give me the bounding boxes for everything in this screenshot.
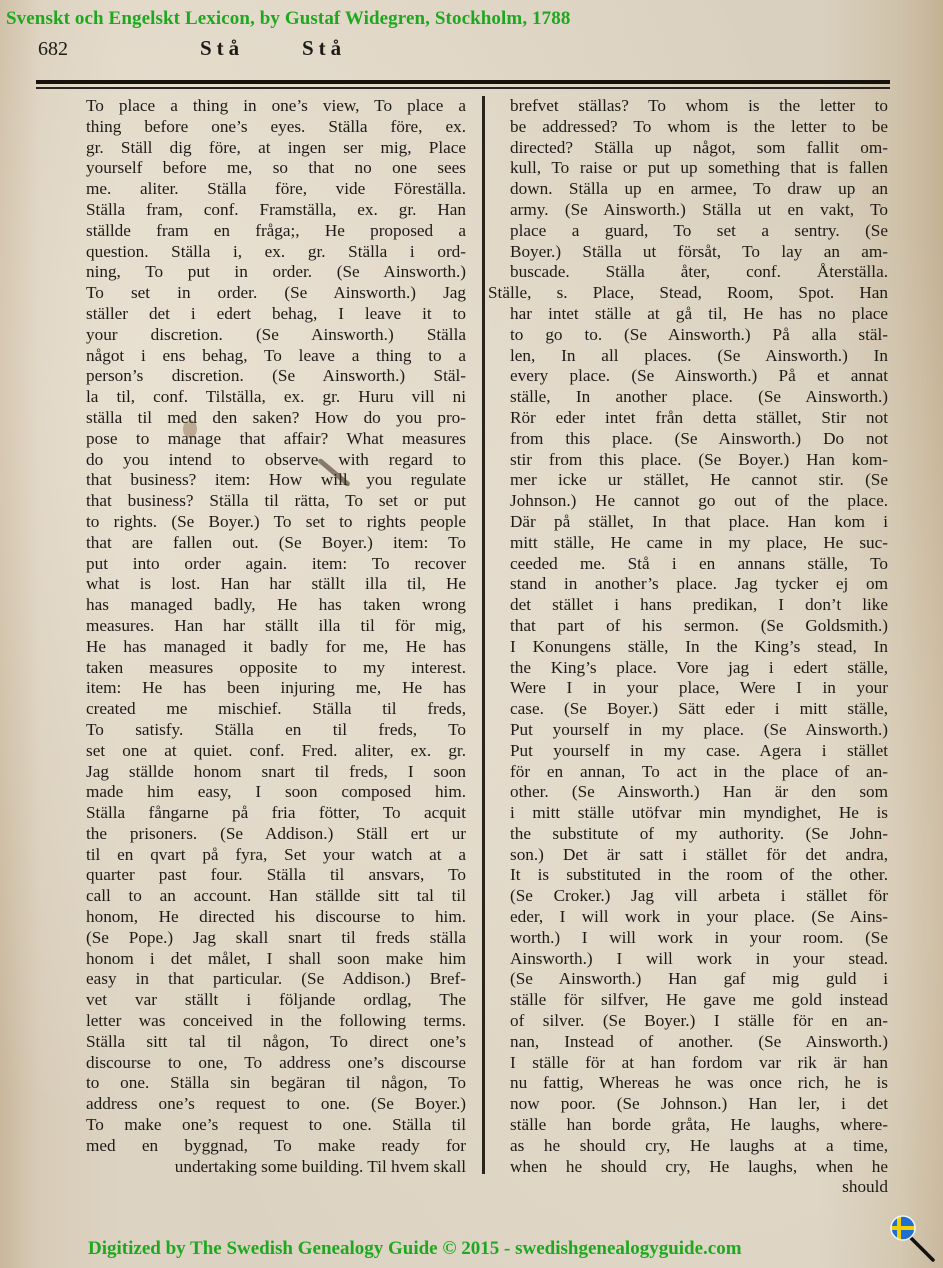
text-line: should (510, 1177, 888, 1198)
running-head: 682 Stå Stå (0, 36, 943, 66)
text-line: stand in another’s place. Jag tycker ej … (510, 574, 888, 595)
text-line: pose to manage that affair? What measure… (86, 429, 466, 450)
text-line: To place a thing in one’s view, To place… (86, 96, 466, 117)
text-line: address one’s request to one. (Se Boyer.… (86, 1094, 466, 1115)
bottom-credit-banner: Digitized by The Swedish Genealogy Guide… (88, 1238, 742, 1260)
text-line: call to an account. Han ställde sitt tal… (86, 886, 466, 907)
guide-word-right: Stå (302, 36, 346, 61)
text-line: case. (Se Boyer.) Sätt eder i mitt ställ… (510, 699, 888, 720)
text-line: Rör eder intet från detta stället, Stir … (510, 408, 888, 429)
text-line: discourse to one, To address one’s disco… (86, 1053, 466, 1074)
text-line: set one at quiet. conf. Fred. aliter, ex… (86, 741, 466, 762)
text-line: to one. Ställa sin begäran til någon, To (86, 1073, 466, 1094)
text-line: stir from this place. (Se Boyer.) Han ko… (510, 450, 888, 471)
text-line: vet var ställt i följande ordlag, The (86, 990, 466, 1011)
text-line: ställe, In another place. (Se Ainsworth.… (510, 387, 888, 408)
text-line: easy in that particular. (Se Addison.) B… (86, 969, 466, 990)
text-line: the King’s place. Vore jag i edert ställ… (510, 658, 888, 679)
text-line: to rights. (Se Boyer.) To set to rights … (86, 512, 466, 533)
text-line: ceeded me. Stå i en annans ställe, To (510, 554, 888, 575)
text-line: taken measures opposite to my interest. (86, 658, 466, 679)
text-line: len, In all places. (Se Ainsworth.) In (510, 346, 888, 367)
text-line: To set in order. (Se Ainsworth.) Jag (86, 283, 466, 304)
text-line: as he should cry, He laughs at a time, (510, 1136, 888, 1157)
header-rule-thin (36, 87, 890, 89)
text-line: has managed badly, He has taken wrong (86, 595, 466, 616)
text-line: nu fattig, Whereas he was once rich, he … (510, 1073, 888, 1094)
text-line: me. aliter. Ställa före, vide Föreställa… (86, 179, 466, 200)
text-line: kull, To raise or put up something that … (510, 158, 888, 179)
text-line: when he should cry, He laughs, when he (510, 1157, 888, 1178)
text-line: down. Ställa up en armee, To draw up an (510, 179, 888, 200)
text-line: your discretion. (Se Ainsworth.) Ställa (86, 325, 466, 346)
text-line: Johnson.) He cannot go out of the place. (510, 491, 888, 512)
text-line: the prisoners. (Se Addison.) Ställ ert u… (86, 824, 466, 845)
text-line: la til, conf. Tilställa, ex. gr. Huru vi… (86, 387, 466, 408)
text-line: to go to. (Se Ainsworth.) På alla stäl- (510, 325, 888, 346)
text-line: i mitt ställe utöfvar min myndighet, He … (510, 803, 888, 824)
text-line: put into order again. item: To recover (86, 554, 466, 575)
page-number: 682 (38, 38, 68, 61)
text-line: ställa til med den saken? How do you pro… (86, 408, 466, 429)
text-line: To make one’s request to one. Ställa til (86, 1115, 466, 1136)
text-line: place a guard, To set a sentry. (Se (510, 221, 888, 242)
text-line: person’s discretion. (Se Ainsworth.) Stä… (86, 366, 466, 387)
ink-stain (183, 420, 197, 438)
text-line: question. Ställa i, ex. gr. Ställa i ord… (86, 242, 466, 263)
text-line: measures. Han har ställt illa til för mi… (86, 616, 466, 637)
text-line: It is substituted in the room of the oth… (510, 865, 888, 886)
text-line: I ställe för at han fordom var rik är ha… (510, 1053, 888, 1074)
text-line: ställde fram en fråga;, He proposed a (86, 221, 466, 242)
text-line: that business? Ställa til rätta, To set … (86, 491, 466, 512)
text-line: Där på stället, In that place. Han kom i (510, 512, 888, 533)
text-line: He has managed it badly for me, He has (86, 637, 466, 658)
text-line: To satisfy. Ställa en til freds, To (86, 720, 466, 741)
text-line: det stället i hans predikan, I don’t lik… (510, 595, 888, 616)
top-credit-banner: Svenskt och Engelskt Lexicon, by Gustaf … (6, 8, 570, 30)
text-line: other. (Se Ainsworth.) Han är den som (510, 782, 888, 803)
column-divider (482, 96, 485, 1174)
text-line: honom i det målet, I shall soon make him (86, 949, 466, 970)
text-line: til en qvart på fyra, Set your watch at … (86, 845, 466, 866)
text-line: that part of his sermon. (Se Goldsmith.) (510, 616, 888, 637)
text-line: made him easy, I soon composed him. (86, 782, 466, 803)
text-line: mer icke ur stället, He cannot stir. (Se (510, 470, 888, 491)
text-line: Boyer.) Ställa ut försåt, To lay an am- (510, 242, 888, 263)
text-line: med en byggnad, To make ready for (86, 1136, 466, 1157)
guide-word-left: Stå (200, 36, 244, 61)
text-line: för en annan, To act in the place of an- (510, 762, 888, 783)
text-line: mitt ställe, He came in my place, He suc… (510, 533, 888, 554)
text-line: directed? Ställa up något, som fallit om… (510, 138, 888, 159)
text-line: Were I in your place, Were I in your (510, 678, 888, 699)
text-line: army. (Se Ainsworth.) Ställa ut en vakt,… (510, 200, 888, 221)
text-line: har intet ställe at gå til, He has no pl… (510, 304, 888, 325)
text-line: brefvet ställas? To whom is the letter t… (510, 96, 888, 117)
text-line: thing before one’s eyes. Ställa före, ex… (86, 117, 466, 138)
text-line: ställe för silfver, He gave me gold inst… (510, 990, 888, 1011)
text-line: ning, To put in order. (Se Ainsworth.) (86, 262, 466, 283)
text-line: (Se Croker.) Jag vill arbeta i stället f… (510, 886, 888, 907)
text-line: ställer det i edert behag, I leave it to (86, 304, 466, 325)
text-line: något i ens behag, To leave a thing to a (86, 346, 466, 367)
text-line: that business? item: How will you regula… (86, 470, 466, 491)
text-line: honom, He directed his discourse to him. (86, 907, 466, 928)
text-line: be addressed? To whom is the letter to b… (510, 117, 888, 138)
text-line: (Se Ainsworth.) Han gaf mig guld i (510, 969, 888, 990)
text-line: gr. Ställ dig före, at ingen ser mig, Pl… (86, 138, 466, 159)
text-line: I Konungens ställe, In the King’s stead,… (510, 637, 888, 658)
text-line: item: He has been injuring me, He has (86, 678, 466, 699)
text-line: buscade. Ställa åter, conf. Återställa. (510, 262, 888, 283)
text-line: eder, I will work in your place. (Se Ain… (510, 907, 888, 928)
text-line: the substitute of my authority. (Se John… (510, 824, 888, 845)
text-line: (Se Pope.) Jag skall snart til freds stä… (86, 928, 466, 949)
text-line: Ställa fångarne på fria fötter, To acqui… (86, 803, 466, 824)
text-line: quarter past four. Ställa til ansvars, T… (86, 865, 466, 886)
text-line: every place. (Se Ainsworth.) På et annat (510, 366, 888, 387)
text-line: son.) Det är satt i stället för det andr… (510, 845, 888, 866)
text-line: Ainsworth.) I will work in your stead. (510, 949, 888, 970)
text-line: what is lost. Han har ställt illa til, H… (86, 574, 466, 595)
right-column: brefvet ställas? To whom is the letter t… (510, 96, 888, 1198)
text-line: letter was conceived in the following te… (86, 1011, 466, 1032)
text-line: from this place. (Se Ainsworth.) Do not (510, 429, 888, 450)
text-line: created me mischief. Ställa til freds, (86, 699, 466, 720)
text-line: Ställa sitt tal til någon, To direct one… (86, 1032, 466, 1053)
swedish-flag-magnifier-icon (887, 1212, 939, 1264)
text-line: now poor. (Se Johnson.) Han ler, i det (510, 1094, 888, 1115)
text-line: Jag ställde honom snart til freds, I soo… (86, 762, 466, 783)
text-line: of silver. (Se Boyer.) I ställe för en a… (510, 1011, 888, 1032)
left-column: To place a thing in one’s view, To place… (86, 96, 466, 1177)
text-line: that are fallen out. (Se Boyer.) item: T… (86, 533, 466, 554)
text-line: yourself before me, so that no one sees (86, 158, 466, 179)
text-line: worth.) I will work in your room. (Se (510, 928, 888, 949)
text-line: do you intend to observe with regard to (86, 450, 466, 471)
text-line: undertaking some building. Til hvem skal… (86, 1157, 466, 1178)
text-line: ställe han borde gråta, He laughs, where… (510, 1115, 888, 1136)
header-rule (36, 80, 890, 84)
text-line: Ställa fram, conf. Framställa, ex. gr. H… (86, 200, 466, 221)
text-line: Put yourself in my case. Agera i stället (510, 741, 888, 762)
text-line: nan, Instead of another. (Se Ainsworth.) (510, 1032, 888, 1053)
text-line: Ställe, s. Place, Stead, Room, Spot. Han (488, 283, 888, 304)
text-line: Put yourself in my place. (Se Ainsworth.… (510, 720, 888, 741)
